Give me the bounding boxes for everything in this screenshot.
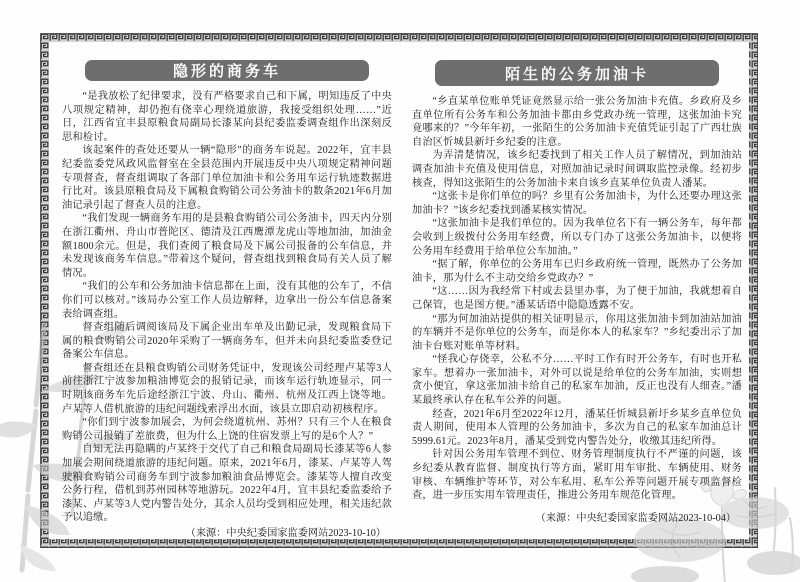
paragraph: “你们到宁波参加展会，为何会绕道杭州、苏州？只有三个人在粮食购销公司报销了差旅费…: [62, 416, 392, 443]
article-left-title-banner: 隐形的商务车: [85, 60, 369, 81]
paragraph: 针对因公务用车管理不到位、财务管理制度执行不严谨的问题，该乡纪委从教育监督、制度…: [412, 448, 742, 502]
paragraph: “这张加油卡是我们单位的。因为我单位名下有一辆公务车，每年都会收到上级拨付公务用…: [412, 217, 742, 258]
two-column-layout: 隐形的商务车 “是我放松了纪律要求，没有严格要求自己和下属，明知违反了中央八项规…: [62, 56, 742, 526]
paragraph: 为弄清楚情况，该乡纪委找到了相关工作人员了解情况，到加油站调查加油卡充值及使用信…: [412, 149, 742, 190]
paragraph: “我们发现一辆商务车用的是县粮食购销公司公务油卡，四天内分别在浙江衢州、舟山市普…: [62, 212, 392, 280]
paragraph: 督查组还在县粮食购销公司财务凭证中，发现该公司经理卢某等3人前往浙江宁波参加粮油…: [62, 362, 392, 416]
article-right: 陌生的公务加油卡 “乡直某单位账单凭证竟然显示给一张公务加油卡充值。乡政府及乡直…: [412, 56, 742, 526]
paragraph: “是我放松了纪律要求，没有严格要求自己和下属，明知违反了中央八项规定精神，却仍抱…: [62, 90, 392, 144]
article-right-source: （来源：中央纪委国家监委网站2023-10-04）: [412, 512, 742, 526]
paragraph: “这……因为我经常下村或去县里办事，为了便于加油，我就想着自己保管，也是图方便。…: [412, 285, 742, 312]
paragraph: “这张卡是你们单位的吗？乡里有公务加油卡，为什么还要办理这张加油卡？”该乡纪委找…: [412, 190, 742, 217]
paragraph: “那为何加油站提供的相关证明显示，你用这张加油卡到加油站加油的车辆并不是你单位的…: [412, 313, 742, 354]
paragraph: “我们的公车和公务加油卡信息都在上面，没有其他的公车了，不信你们可以核对。”该局…: [62, 280, 392, 321]
paragraph: 该起案件的查处还要从一辆“隐形”的商务车说起。2022年，宜丰县纪委监委党风政风…: [62, 144, 392, 212]
article-right-title-banner: 陌生的公务加油卡: [435, 60, 719, 86]
paragraph: “怪我心存侥幸，公私不分……平时工作有时开公务车，有时也开私家车。想着办一张加油…: [412, 353, 742, 407]
paragraph: 督查组随后调阅该局及下属企业出车单及出勤记录，发现粮食局下属的粮食购销公司202…: [62, 321, 392, 362]
article-left: 隐形的商务车 “是我放松了纪律要求，没有严格要求自己和下属，明知违反了中央八项规…: [62, 56, 392, 526]
paragraph: 经查，2021年6月至2022年12月，潘某任忻城县新圩乡某乡直单位负责人期间，…: [412, 408, 742, 449]
article-left-body: “是我放松了纪律要求，没有严格要求自己和下属，明知违反了中央八项规定精神，却仍抱…: [62, 90, 392, 525]
article-right-body: “乡直某单位账单凭证竟然显示给一张公务加油卡充值。乡政府及乡直单位所有公务车和公…: [412, 95, 742, 510]
document-page: 隐形的商务车 “是我放松了纪律要求，没有严格要求自己和下属，明知违反了中央八项规…: [0, 0, 800, 582]
paragraph: “乡直某单位账单凭证竟然显示给一张公务加油卡充值。乡政府及乡直单位所有公务车和公…: [412, 95, 742, 149]
paragraph: 自知无法再隐瞒的卢某终于交代了自己和粮食局副局长漆某等6人参加展会期间绕道旅游的…: [62, 443, 392, 525]
article-left-source: （来源：中央纪委国家监委网站2023-10-10）: [62, 527, 392, 541]
paragraph: “据了解，你单位的公务用车已归乡政府统一管理，既然办了公务加油卡，那为什么不主动…: [412, 258, 742, 285]
